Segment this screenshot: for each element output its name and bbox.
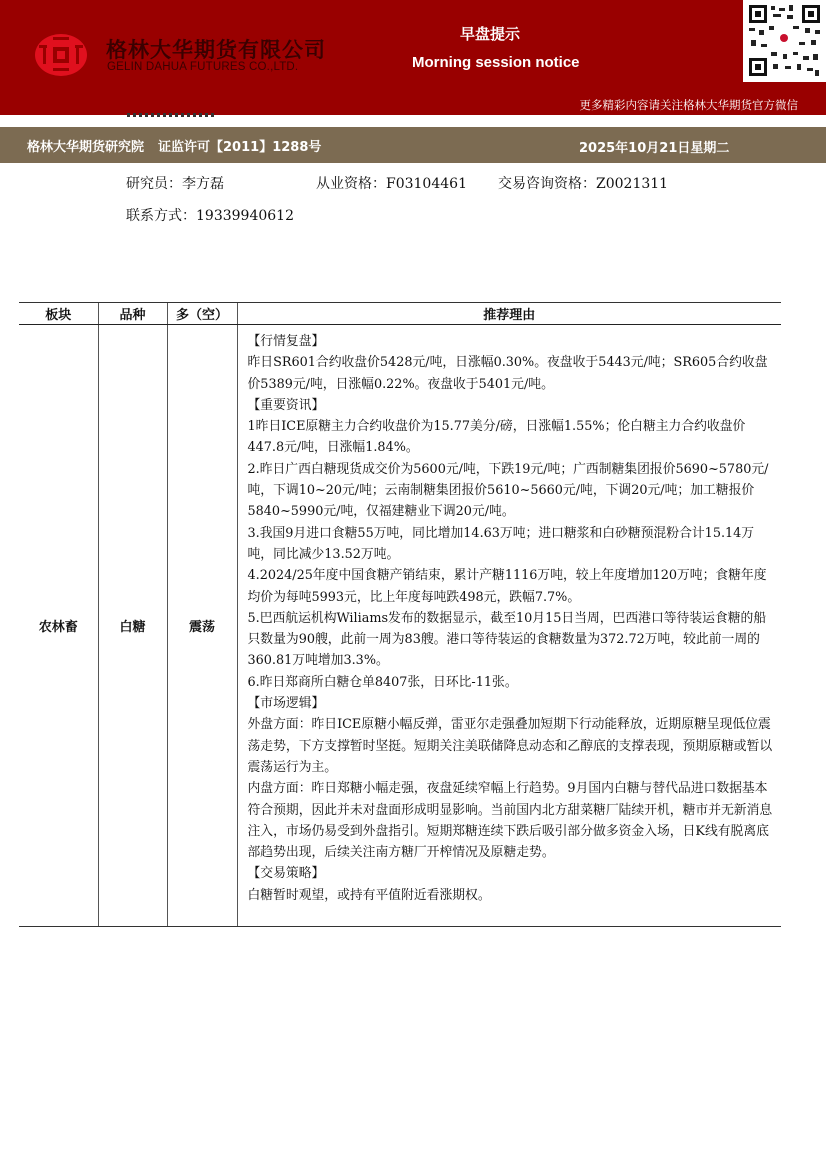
reason-paragraph: 6.昨日郑商所白糖仓单8407张，日环比-11张。: [248, 672, 776, 693]
reason-paragraph: 白糖暂时观望，或持有平值附近看涨期权。: [248, 885, 776, 906]
cell-sector: 农林畜: [19, 325, 98, 927]
section-heading-logic: 【市场逻辑】: [248, 693, 776, 714]
wechat-qr-code-icon: [743, 0, 826, 82]
header-product: 品种: [98, 303, 167, 325]
reason-paragraph: 外盘方面：昨日ICE原糖小幅反弹，雷亚尔走强叠加短期下行动能释放，近期原糖呈现低…: [248, 714, 776, 778]
info-band: 格林大华期货研究院证监许可【2011】1288号 2025年10月21日星期二: [0, 127, 826, 163]
cell-reason: 【行情复盘】 昨日SR601合约收盘价5428元/吨，日涨幅0.30%。夜盘收于…: [237, 325, 781, 927]
reason-paragraph: 5.巴西航运机构Wiliams发布的数据显示，截至10月15日当周，巴西港口等待…: [248, 608, 776, 672]
page-header: 格林大华期货有限公司 GELIN DAHUA FUTURES CO.,LTD. …: [0, 0, 826, 115]
institute-name: 格林大华期货研究院: [27, 140, 144, 155]
notice-title-en: Morning session notice: [412, 54, 580, 71]
reason-paragraph: 1昨日ICE原糖主力合约收盘价为15.77美分/磅，日涨幅1.55%；伦白糖主力…: [248, 416, 776, 459]
cell-product: 白糖: [98, 325, 167, 927]
table-header-row: 板块 品种 多（空） 推荐理由: [19, 303, 781, 325]
author-line: 研究员：李方磊从业资格：F03104461交易咨询资格：Z0021311: [126, 173, 668, 193]
report-date: 2025年10月21日星期二: [579, 137, 729, 156]
header-sector: 板块: [19, 303, 98, 325]
table-row: 农林畜 白糖 震荡 【行情复盘】 昨日SR601合约收盘价5428元/吨，日涨幅…: [19, 325, 781, 927]
company-logo-icon: [33, 32, 89, 78]
license-number: 证监许可【2011】1288号: [158, 140, 321, 155]
qualification: 从业资格：F03104461: [316, 173, 498, 193]
section-heading-strategy: 【交易策略】: [248, 863, 776, 884]
reason-paragraph: 内盘方面：昨日郑糖小幅走强，夜盘延续窄幅上行趋势。9月国内白糖与替代品进口数据基…: [248, 778, 776, 863]
reason-paragraph: 2.昨日广西白糖现货成交价为5600元/吨，下跌19元/吨；广西制糖集团报价56…: [248, 459, 776, 523]
decorative-dots: [127, 113, 217, 117]
reason-paragraph: 4.2024/25年度中国食糖产销结束，累计产糖1116万吨，较上年度增加120…: [248, 565, 776, 608]
recommendation-table: 板块 品种 多（空） 推荐理由 农林畜 白糖 震荡 【行情复盘】 昨日SR601…: [19, 302, 781, 927]
researcher: 研究员：李方磊: [126, 173, 316, 193]
contact-line: 联系方式：19339940612: [126, 205, 294, 225]
consult-qualification: 交易咨询资格：Z0021311: [498, 173, 668, 193]
company-name-cn: 格林大华期货有限公司: [106, 34, 326, 64]
cell-direction: 震荡: [167, 325, 237, 927]
contact: 联系方式：19339940612: [126, 205, 294, 225]
notice-title-cn: 早盘提示: [460, 23, 520, 44]
follow-wechat-text: 更多精彩内容请关注格林大华期货官方微信: [580, 97, 799, 113]
header-reason: 推荐理由: [237, 303, 781, 325]
reason-paragraph: 3.我国9月进口食糖55万吨，同比增加14.63万吨；进口糖浆和白砂糖预混粉合计…: [248, 523, 776, 566]
header-direction: 多（空）: [167, 303, 237, 325]
section-heading-market-review: 【行情复盘】: [248, 331, 776, 352]
company-name-en: GELIN DAHUA FUTURES CO.,LTD.: [107, 61, 298, 73]
institute-license: 格林大华期货研究院证监许可【2011】1288号: [27, 136, 321, 155]
section-heading-news: 【重要资讯】: [248, 395, 776, 416]
reason-paragraph: 昨日SR601合约收盘价5428元/吨，日涨幅0.30%。夜盘收于5443元/吨…: [248, 352, 776, 395]
